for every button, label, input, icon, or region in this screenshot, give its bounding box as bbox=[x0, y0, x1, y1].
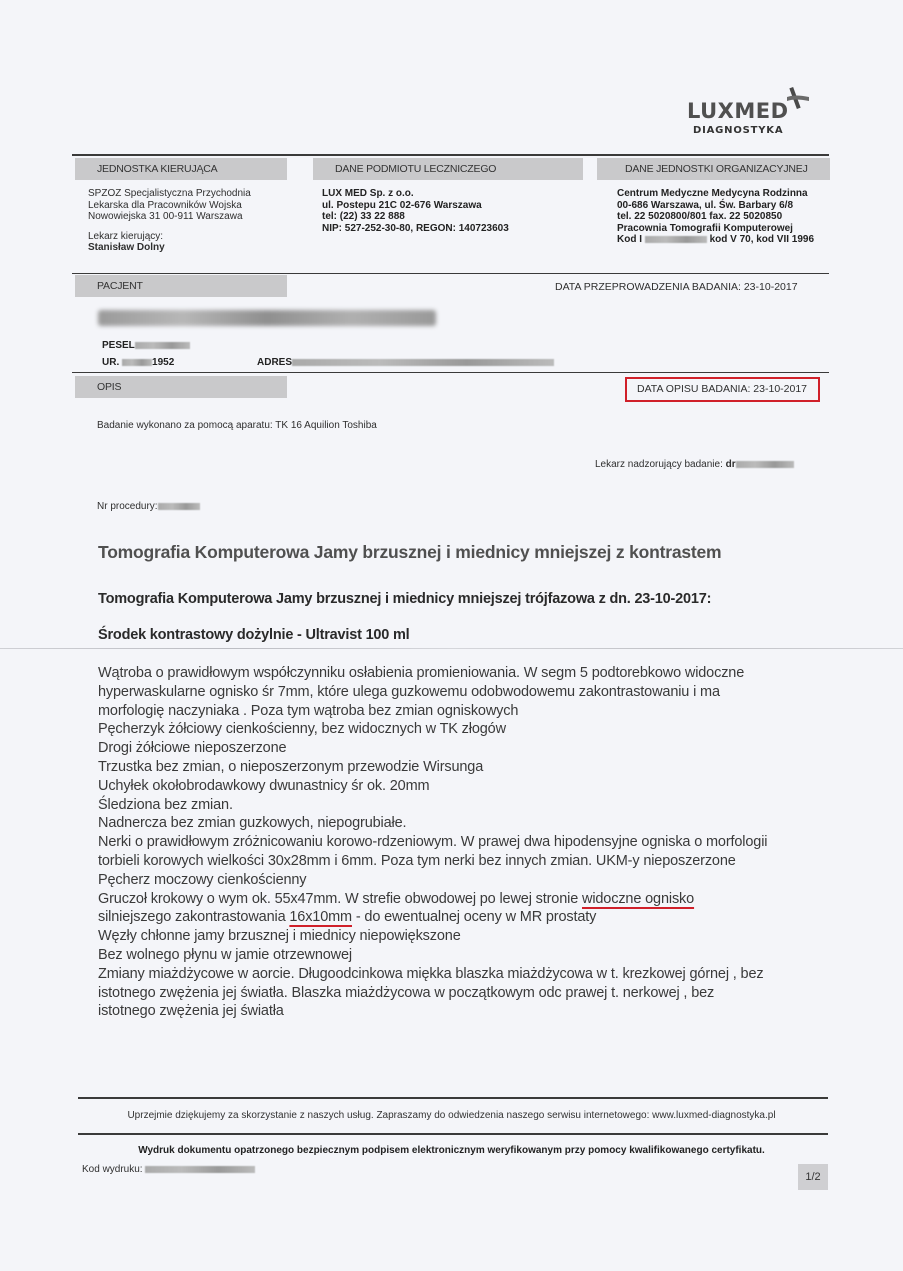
provider-line: NIP: 527-252-30-80, REGON: 140723603 bbox=[322, 223, 509, 235]
logo-subtitle: DIAGNOSTYKA bbox=[693, 125, 783, 136]
report-line: Trzustka bez zmian, o nieposzerzonym prz… bbox=[98, 758, 838, 777]
luxmed-cross-icon bbox=[785, 85, 811, 111]
birth-year: 1952 bbox=[152, 357, 174, 368]
patient-rule bbox=[72, 273, 829, 274]
footer-rule-top bbox=[78, 1097, 828, 1099]
referring-unit-info: SPZOZ Specjalistyczna Przychodnia Lekars… bbox=[88, 188, 251, 254]
report-line: Bez wolnego płynu w jamie otrzewnowej bbox=[98, 946, 838, 965]
birth-label: UR. bbox=[102, 357, 119, 368]
redacted-print-code bbox=[145, 1166, 255, 1173]
org-line: Centrum Medyczne Medycyna Rodzinna bbox=[617, 188, 814, 200]
redacted-doctor bbox=[736, 461, 794, 468]
procedure-label: Nr procedury: bbox=[97, 501, 158, 512]
header-rule bbox=[72, 154, 829, 156]
patient-header: PACJENT bbox=[75, 275, 287, 297]
redacted-procedure bbox=[158, 503, 200, 510]
referring-doctor-label: Lekarz kierujący: bbox=[88, 231, 251, 243]
org-line: tel. 22 5020800/801 fax. 22 5020850 bbox=[617, 211, 814, 223]
luxmed-logo: LUXMED DIAGNOSTYKA bbox=[685, 95, 815, 145]
lesion-size-highlight: 16x10mm bbox=[289, 909, 352, 925]
org-line: 00-686 Warszawa, ul. Św. Barbary 6/8 bbox=[617, 200, 814, 212]
report-line: Drogi żółciowe nieposzerzone bbox=[98, 739, 838, 758]
organizational-unit-header: DANE JEDNOSTKI ORGANIZACYJNEJ bbox=[597, 158, 830, 180]
redacted-patient-name bbox=[98, 310, 436, 326]
report-body: Wątroba o prawidłowym współczynniku osła… bbox=[98, 664, 838, 1021]
provider-info: LUX MED Sp. z o.o. ul. Postepu 21C 02-67… bbox=[322, 188, 509, 234]
prostate-text: silniejszego zakontrastowania bbox=[98, 909, 289, 925]
exam-date: DATA PRZEPROWADZENIA BADANIA: 23-10-2017 bbox=[555, 282, 798, 294]
contrast-agent: Środek kontrastowy dożylnie - Ultravist … bbox=[98, 627, 410, 643]
address-row: ADRES bbox=[257, 357, 554, 369]
print-code-label: Kod wydruku: bbox=[82, 1164, 143, 1175]
report-line: Śledziona bez zmian. bbox=[98, 796, 838, 815]
print-code: Kod wydruku: bbox=[82, 1164, 255, 1176]
address-label: ADRES bbox=[257, 357, 292, 368]
org-code-prefix: Kod I bbox=[617, 234, 642, 245]
report-line: Nadnercza bez zmian guzkowych, niepogrub… bbox=[98, 814, 838, 833]
prostate-text: - do ewentualnej oceny w MR prostaty bbox=[352, 909, 596, 925]
birth-row: UR. 1952 bbox=[102, 357, 174, 369]
report-line: hyperwaskularne ognisko śr 7mm, które ul… bbox=[98, 683, 838, 702]
report-line: Węzły chłonne jamy brzusznej i miednicy … bbox=[98, 927, 838, 946]
prostate-line-1: Gruczoł krokowy o wym ok. 55x47mm. W str… bbox=[98, 890, 838, 909]
description-date: DATA OPISU BADANIA: 23-10-2017 bbox=[637, 384, 807, 396]
org-code-line: Kod I kod V 70, kod VII 1996 bbox=[617, 234, 814, 246]
org-code-suffix: kod V 70, kod VII 1996 bbox=[710, 234, 815, 245]
description-rule bbox=[72, 372, 829, 373]
referring-unit-header: JEDNOSTKA KIERUJĄCA bbox=[75, 158, 287, 180]
provider-line: ul. Postepu 21C 02-676 Warszawa bbox=[322, 200, 509, 212]
report-line: Pęcherz moczowy cienkościenny bbox=[98, 871, 838, 890]
report-line: morfologię naczyniaka . Poza tym wątroba… bbox=[98, 702, 838, 721]
report-line: torbieli korowych wielkości 30x28mm i 6m… bbox=[98, 852, 838, 871]
report-line: Pęcherzyk żółciowy cienkościenny, bez wi… bbox=[98, 720, 838, 739]
provider-header: DANE PODMIOTU LECZNICZEGO bbox=[313, 158, 583, 180]
report-line: Uchyłek okołobrodawkowy dwunastnicy śr o… bbox=[98, 777, 838, 796]
signature-note: Wydruk dokumentu opatrzonego bezpiecznym… bbox=[0, 1145, 903, 1156]
page-number: 1/2 bbox=[798, 1164, 828, 1190]
referring-doctor-name: Stanisław Dolny bbox=[88, 242, 251, 254]
pesel-row: PESEL bbox=[102, 340, 190, 352]
referring-line: Lekarska dla Pracowników Wojska bbox=[88, 200, 251, 212]
report-title: Tomografia Komputerowa Jamy brzusznej i … bbox=[98, 542, 721, 563]
provider-line: LUX MED Sp. z o.o. bbox=[322, 188, 509, 200]
redacted-birth bbox=[122, 359, 152, 366]
device-line: Badanie wykonano za pomocą aparatu: TK 1… bbox=[97, 420, 377, 432]
org-line: Pracownia Tomografii Komputerowej bbox=[617, 223, 814, 235]
redacted-pesel bbox=[135, 342, 190, 349]
description-header: OPIS bbox=[75, 376, 287, 398]
referring-line: SPZOZ Specjalistyczna Przychodnia bbox=[88, 188, 251, 200]
report-line: Nerki o prawidłowym zróżnicowaniu korowo… bbox=[98, 833, 838, 852]
redacted-address bbox=[292, 359, 554, 366]
provider-line: tel: (22) 33 22 888 bbox=[322, 211, 509, 223]
footer-rule-bottom bbox=[78, 1133, 828, 1135]
prostate-text: Gruczoł krokowy o wym ok. 55x47mm. W str… bbox=[98, 891, 582, 907]
organizational-unit-info: Centrum Medyczne Medycyna Rodzinna 00-68… bbox=[617, 188, 814, 246]
prostate-line-2: silniejszego zakontrastowania 16x10mm - … bbox=[98, 908, 838, 927]
pesel-label: PESEL bbox=[102, 340, 135, 351]
thanks-note: Uprzejmie dziękujemy za skorzystanie z n… bbox=[0, 1110, 903, 1121]
referring-line: Nowowiejska 31 00-911 Warszawa bbox=[88, 211, 251, 223]
prostate-lesion-highlight: widoczne ognisko bbox=[582, 891, 694, 907]
report-line: Zmiany miażdżycowe w aorcie. Długoodcink… bbox=[98, 965, 838, 984]
supervising-doctor: Lekarz nadzorujący badanie: dr bbox=[595, 459, 794, 471]
report-line: istotnego zwężenia jej światła. Blaszka … bbox=[98, 984, 838, 1003]
report-line: Wątroba o prawidłowym współczynniku osła… bbox=[98, 664, 838, 683]
supervising-doctor-prefix: dr bbox=[726, 459, 736, 470]
procedure-number: Nr procedury: bbox=[97, 501, 200, 513]
paper-fold bbox=[0, 648, 903, 649]
logo-brand: LUXMED bbox=[687, 99, 789, 123]
report-line: istotnego zwężenia jej światła bbox=[98, 1002, 838, 1021]
supervising-doctor-label: Lekarz nadzorujący badanie: bbox=[595, 459, 723, 470]
redacted-code bbox=[645, 236, 707, 243]
report-subtitle: Tomografia Komputerowa Jamy brzusznej i … bbox=[98, 591, 711, 607]
